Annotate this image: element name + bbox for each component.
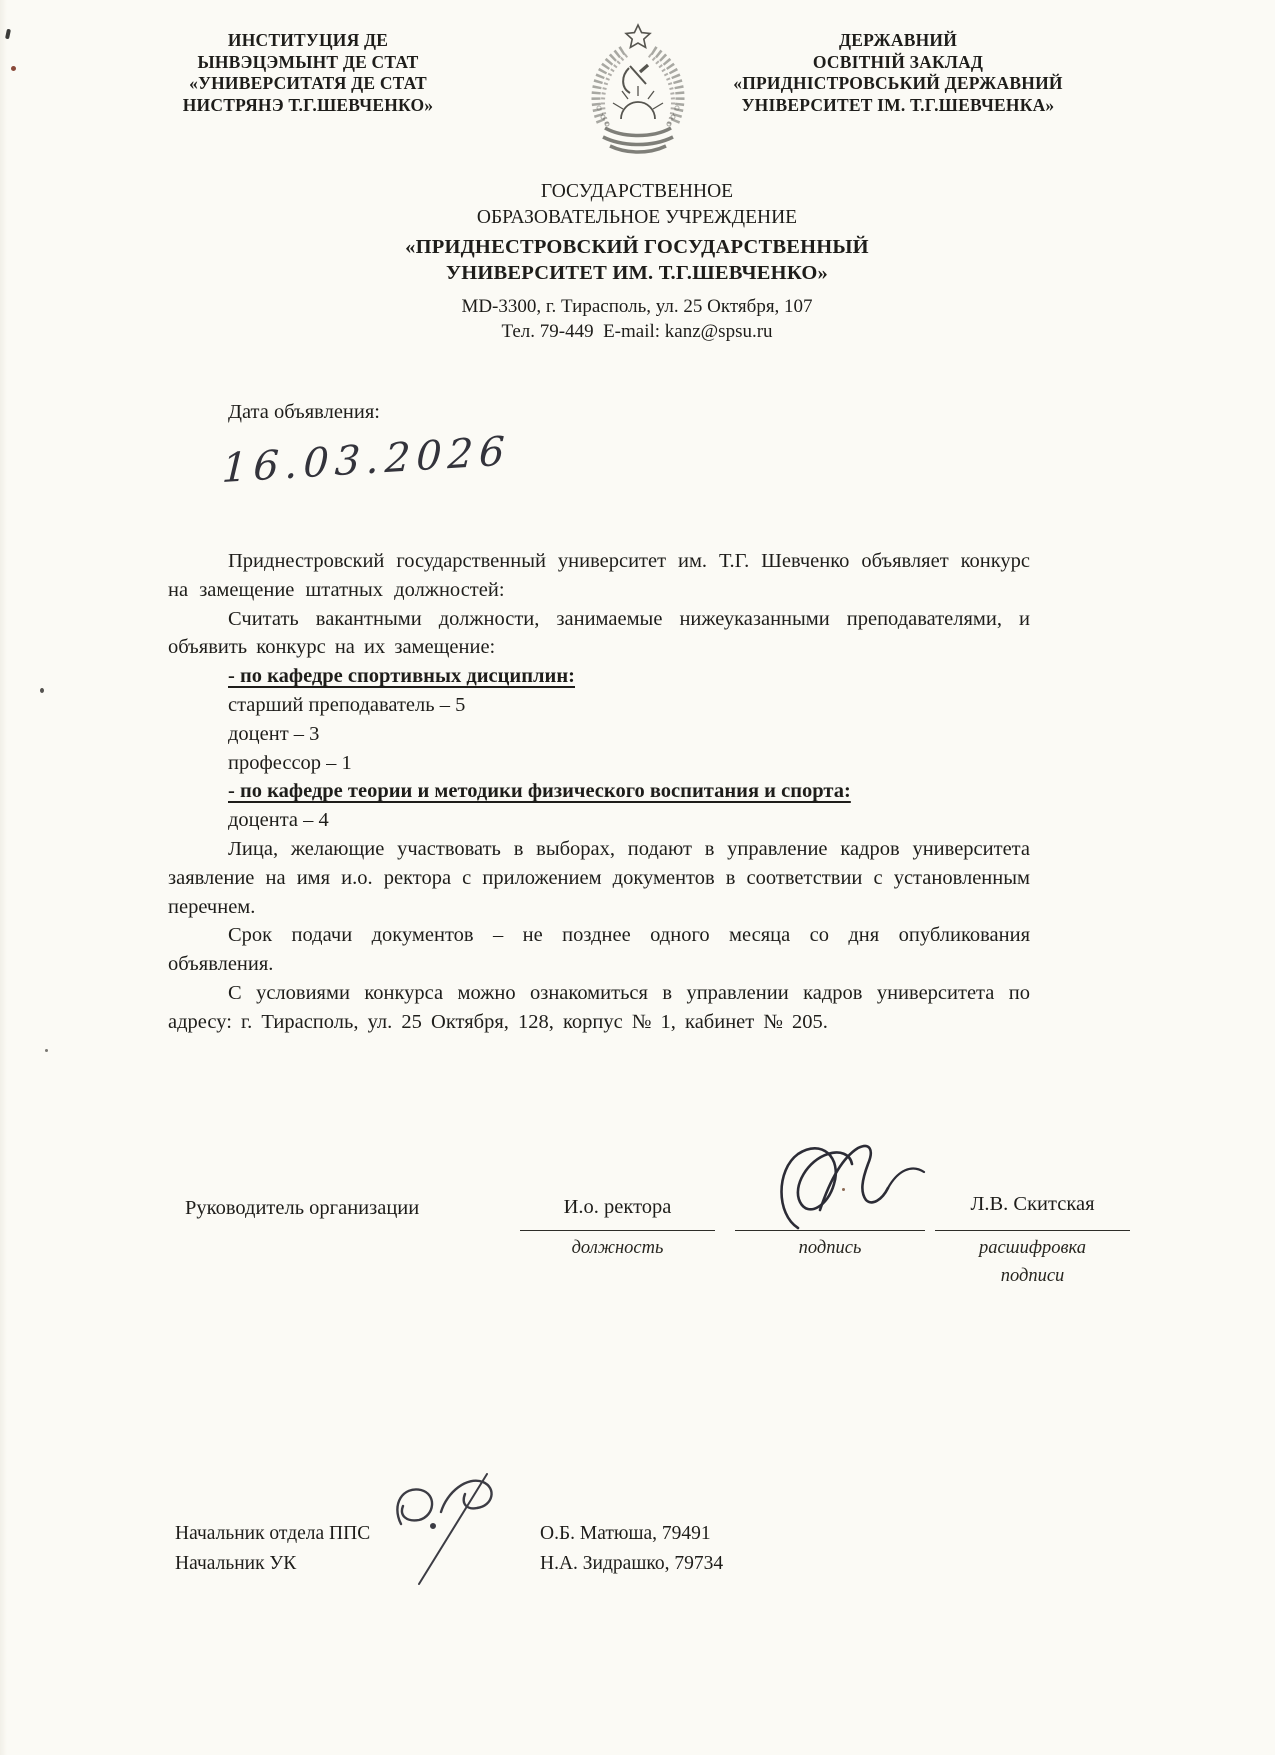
vacancy-item: старший преподаватель – 5 [168,691,1030,720]
scan-speck [40,688,44,693]
handwritten-date: 16.03.2026 [221,428,522,493]
position-caption: должность [520,1238,715,1259]
official-title: Начальник УК [175,1549,370,1579]
signer-name: Л.В. Скитская [935,1193,1130,1216]
document-page: ИНСТИТУЦИЯ ДЕ ЫНВЭЦЭМЫНТ ДЕ СТАТ «УНИВЕР… [0,0,1275,1755]
department-heading: - по кафедре спортивных дисциплин: [168,662,1030,691]
body-paragraph: Приднестровский государственный универси… [168,547,1030,605]
vacancy-item: профессор – 1 [168,749,1030,778]
body-paragraph: С условиями конкурса можно ознакомиться … [168,979,1030,1037]
org-name-line: НИСТРЯНЭ Т.Г.ШЕВЧЕНКО» [143,95,473,117]
scan-speck [842,1188,845,1191]
official-title: Начальник отдела ППС [175,1519,370,1549]
body-paragraph: Лица, желающие участвовать в выборах, по… [168,835,1030,921]
org-name-line: ОСВІТНІЙ ЗАКЛАД [688,52,1108,74]
announcement-body: Приднестровский государственный универси… [168,547,1030,1037]
body-paragraph: Считать вакантными должности, занимаемые… [168,605,1030,663]
org-name-moldovan: ИНСТИТУЦИЯ ДЕ ЫНВЭЦЭМЫНТ ДЕ СТАТ «УНИВЕР… [143,30,473,116]
org-block-russian: ГОСУДАРСТВЕННОЕ ОБРАЗОВАТЕЛЬНОЕ УЧРЕЖДЕН… [287,179,987,344]
scan-speck [5,29,11,40]
org-contact: Тел. 79-449 E-mail: kanz@spsu.ru [287,319,987,344]
org-name-line: ДЕРЖАВНИЙ [688,30,1108,52]
sign-caption: подпись [735,1238,925,1259]
org-name-line: ИНСТИТУЦИЯ ДЕ [143,30,473,52]
vacancy-item: доцент – 3 [168,720,1030,749]
footer-contacts: О.Б. Матюша, 79491 Н.А. Зидрашко, 79734 [540,1519,723,1578]
org-name-line: УНІВЕРСИТЕТ ІМ. Т.Г.ШЕВЧЕНКА» [688,95,1108,117]
scan-speck [45,1049,48,1052]
signature-line [520,1230,715,1231]
org-name-line: УНИВЕРСИТЕТ ИМ. Т.Г.ШЕВЧЕНКО» [287,260,987,286]
body-paragraph: Срок подачи документов – не позднее одно… [168,921,1030,979]
footer-officials: Начальник отдела ППС Начальник УК [175,1519,370,1578]
name-caption: подписи [935,1266,1130,1287]
scan-speck [11,66,16,71]
org-name-line: «ПРИДНЕСТРОВСКИЙ ГОСУДАРСТВЕННЫЙ [287,234,987,260]
org-name-ukrainian: ДЕРЖАВНИЙ ОСВІТНІЙ ЗАКЛАД «ПРИДНІСТРОВСЬ… [688,30,1108,116]
signature-line [935,1230,1130,1231]
org-address: MD-3300, г. Тирасполь, ул. 25 Октября, 1… [287,294,987,319]
date-label: Дата объявления: [228,401,380,424]
org-name-line: «УНИВЕРСИТАТЯ ДЕ СТАТ [143,73,473,95]
name-caption: расшифровка [935,1238,1130,1259]
org-type-line: ОБРАЗОВАТЕЛЬНОЕ УЧРЕЖДЕНИЕ [287,205,987,231]
department-heading: - по кафедре теории и методики физическо… [168,777,1030,806]
signature-line [735,1230,925,1231]
leader-label: Руководитель организации [185,1197,419,1220]
staff-signature-icon [383,1462,523,1594]
org-name-line: «ПРИДНІСТРОВСЬКИЙ ДЕРЖАВНИЙ [688,73,1108,95]
org-name-line: ЫНВЭЦЭМЫНТ ДЕ СТАТ [143,52,473,74]
state-emblem-icon [577,22,699,164]
rector-signature-icon [770,1140,965,1238]
org-type-line: ГОСУДАРСТВЕННОЕ [287,179,987,205]
position-value: И.о. ректора [520,1196,715,1219]
contact-person: О.Б. Матюша, 79491 [540,1519,723,1549]
vacancy-item: доцента – 4 [168,806,1030,835]
contact-person: Н.А. Зидрашко, 79734 [540,1549,723,1579]
